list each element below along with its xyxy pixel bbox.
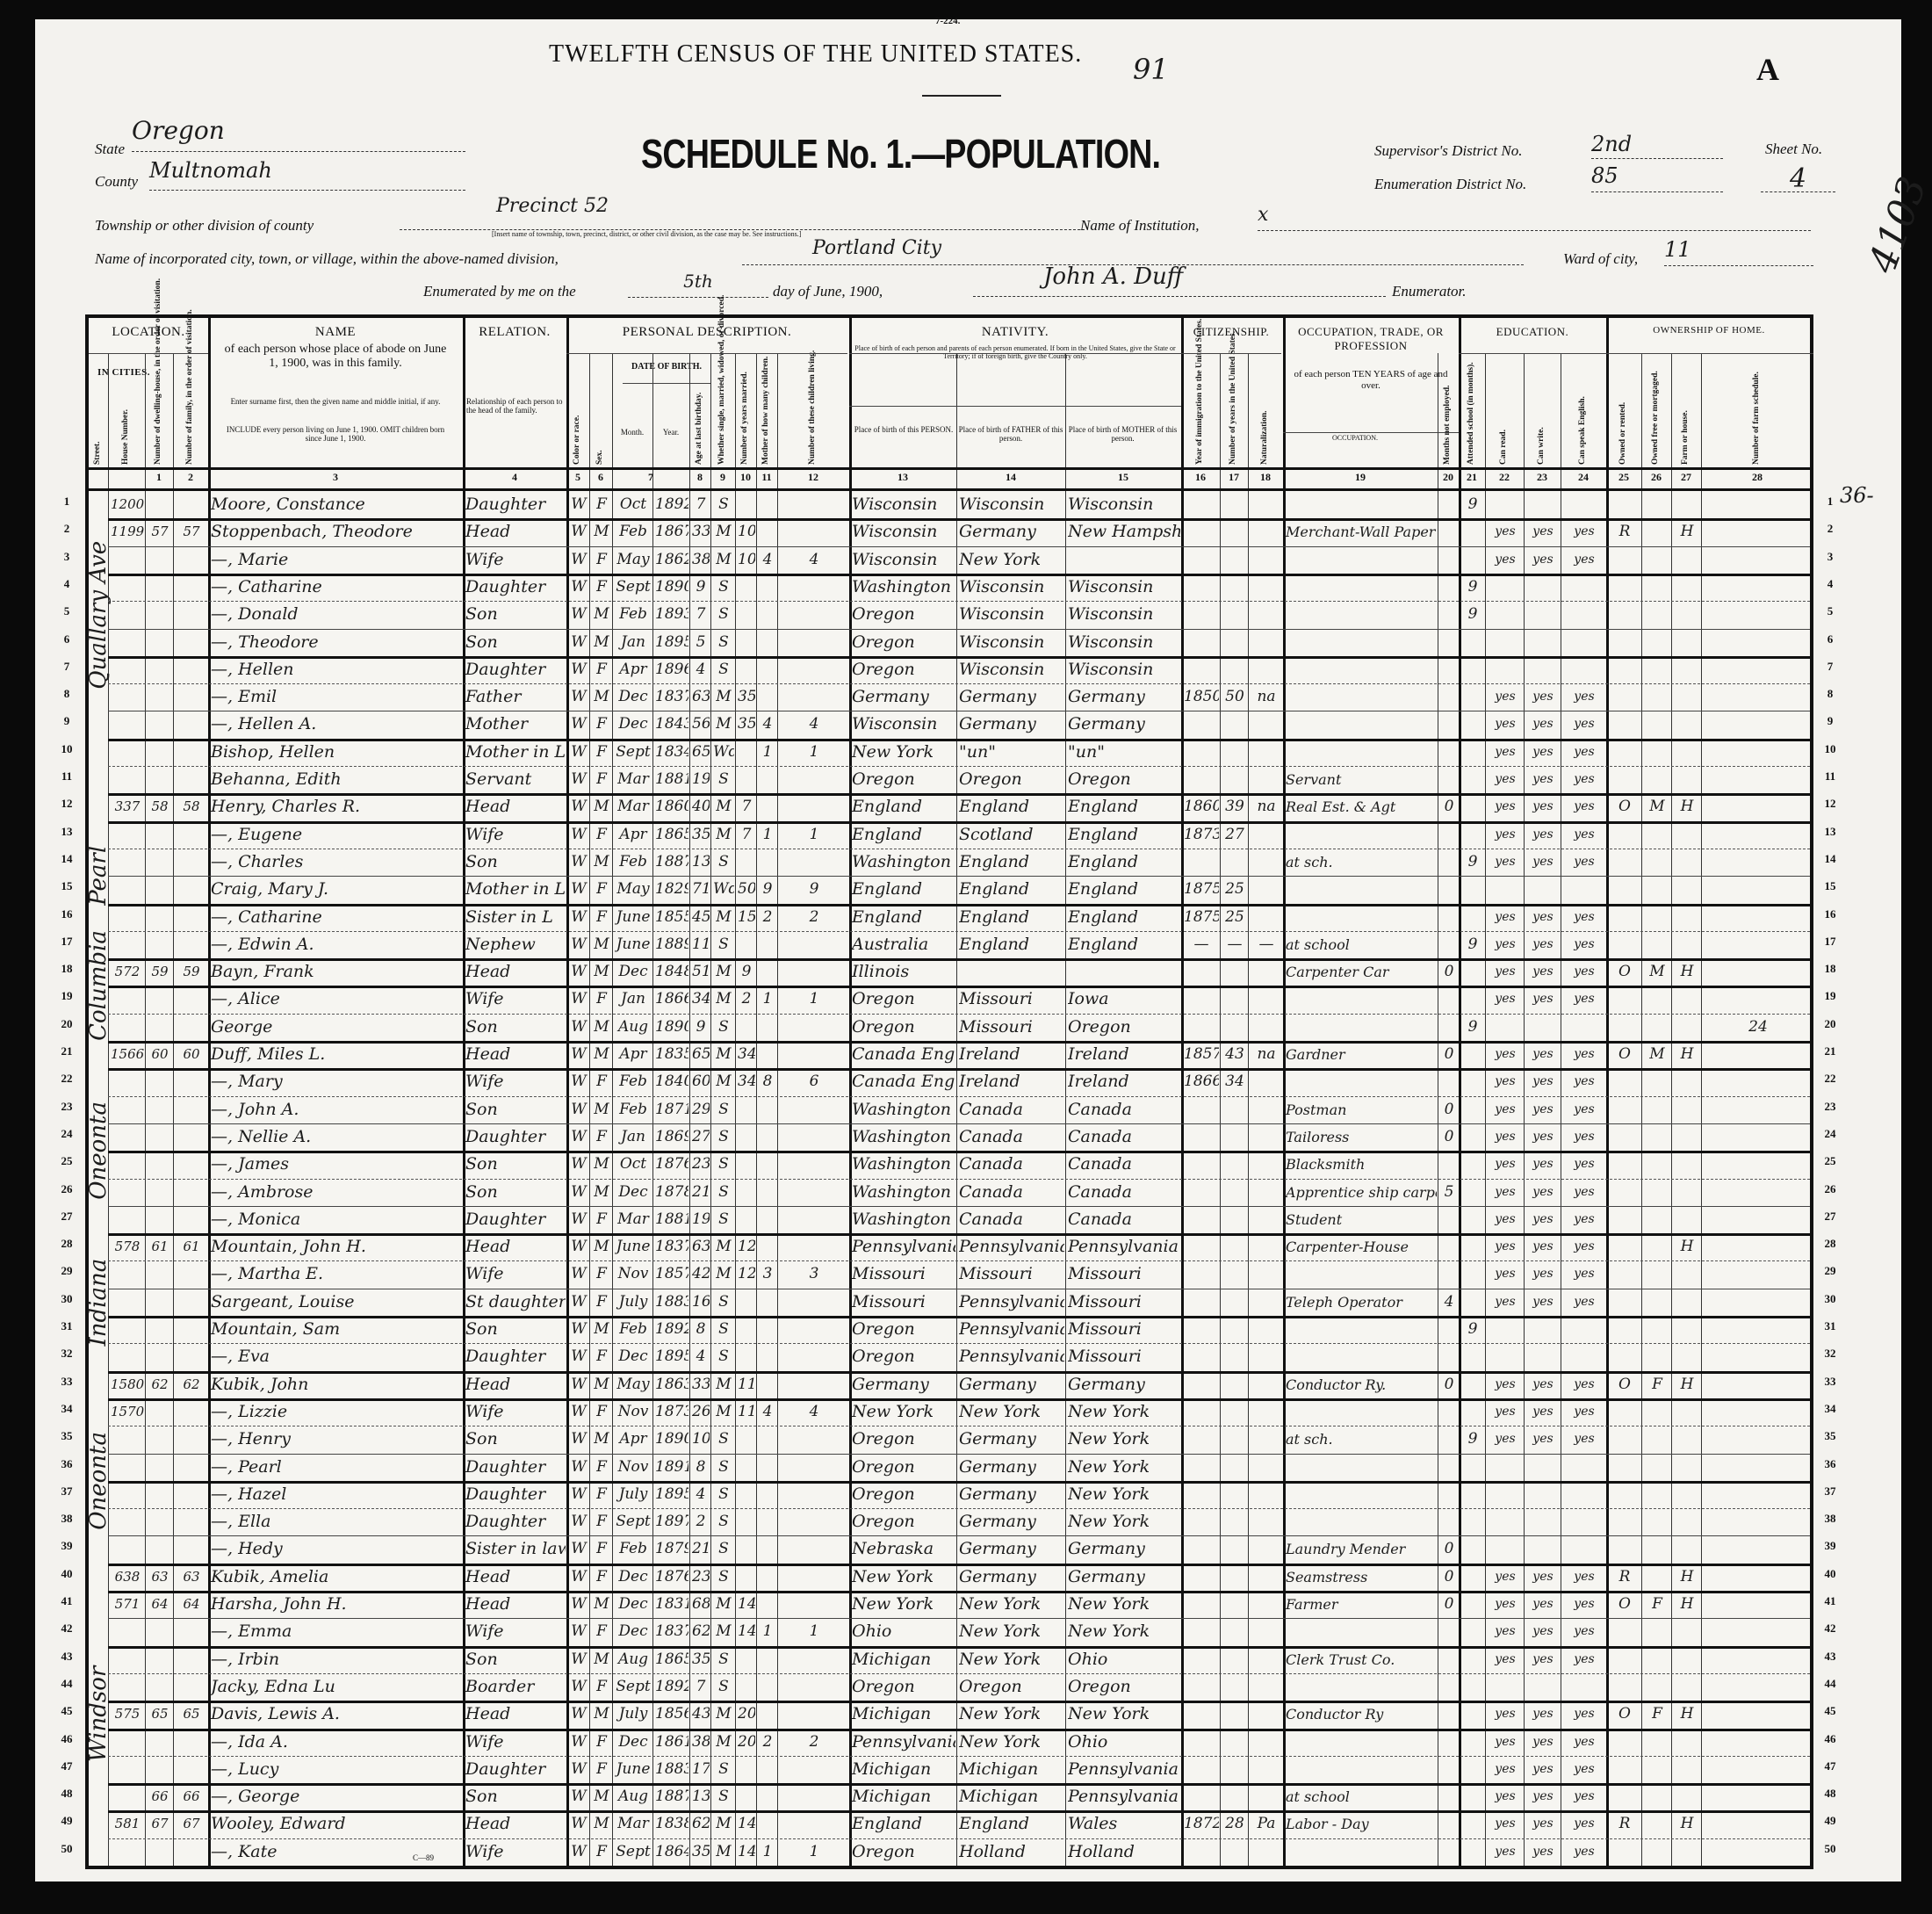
cell-house <box>111 1618 144 1645</box>
cell-pobm: Germany <box>1068 683 1180 711</box>
township-field[interactable]: Precinct 52 <box>400 195 1085 230</box>
cell-farm <box>1674 849 1700 876</box>
cell-sex: M <box>592 1810 611 1838</box>
cell-occ <box>1286 1673 1437 1701</box>
state-field[interactable]: Oregon <box>132 116 465 152</box>
cell-yrs <box>1222 1618 1247 1645</box>
cell-farm <box>1674 1068 1700 1095</box>
cell-pob: Michigan <box>852 1783 955 1810</box>
cell-color: W <box>569 1673 588 1701</box>
cell-ym <box>738 1508 755 1535</box>
table-row[interactable]: 1570—, LizzieWifeWFNov187326M1144New Yor… <box>89 1398 1810 1426</box>
cell-imm <box>1184 546 1219 574</box>
cell-age: 38 <box>692 1729 710 1756</box>
table-row[interactable]: —, Martha E.WifeWFNov185742M1233Missouri… <box>89 1260 1810 1288</box>
cell-imm <box>1184 1618 1219 1645</box>
cell-ym: 35 <box>738 711 755 738</box>
cell-yrs <box>1222 656 1247 683</box>
cell-farm: H <box>1674 1041 1700 1068</box>
cell-name: —, Charles <box>211 849 462 876</box>
cell-mother: 4 <box>759 546 776 574</box>
cell-imm <box>1184 1179 1219 1206</box>
cell-pob: Washington <box>852 1151 955 1178</box>
cell-eng: yes <box>1563 1426 1605 1453</box>
cell-sex: M <box>592 849 611 876</box>
cell-pob: Germany <box>852 683 955 711</box>
cell-own <box>1609 711 1640 738</box>
cell-write: yes <box>1526 1783 1560 1810</box>
cell-occ: Carpenter Car <box>1286 958 1437 986</box>
table-row[interactable]: —, AliceWifeWFJan186634M211OregonMissour… <box>89 986 1810 1013</box>
cell-occ: Apprentice ship carpenter <box>1286 1179 1437 1206</box>
group-relation: RELATION. <box>463 325 566 340</box>
line-number: 27 <box>56 1203 77 1230</box>
cell-write: yes <box>1526 986 1560 1013</box>
line-number: 33 <box>56 1368 77 1395</box>
table-row[interactable]: 5725959Bayn, FrankHeadWMDec184851M9Illin… <box>89 958 1810 986</box>
cell-marital: M <box>713 1041 734 1068</box>
cell-house: 1200 <box>111 491 144 518</box>
cell-farm <box>1674 1426 1700 1453</box>
cell-nat <box>1251 986 1282 1013</box>
pob-person-header: Place of birth of this PERSON. <box>851 425 956 434</box>
cell-sex: M <box>592 1701 611 1728</box>
table-row[interactable]: —, CatharineDaughterWFSept18909SWashingt… <box>89 574 1810 601</box>
table-row[interactable]: 6386363Kubik, AmeliaHeadWFDec187623SNew … <box>89 1564 1810 1591</box>
cell-relation: Nephew <box>465 931 566 958</box>
cell-fs <box>1704 683 1813 711</box>
cell-att <box>1461 1535 1484 1563</box>
cell-occ <box>1286 904 1437 931</box>
cell-own <box>1609 1838 1640 1866</box>
cell-pobf: Michigan <box>959 1756 1064 1783</box>
cell-pobm: Pennsylvania <box>1068 1756 1180 1783</box>
table-row[interactable]: —, DonaldSonWMFeb18937SOregonWisconsinWi… <box>89 601 1810 628</box>
cell-nat <box>1251 1343 1282 1370</box>
cell-pob: Oregon <box>852 656 955 683</box>
cell-pobm: New York <box>1068 1481 1180 1508</box>
table-row[interactable]: 5756565Davis, Lewis A.HeadWMJuly185643M2… <box>89 1701 1810 1728</box>
cell-house <box>111 1426 144 1453</box>
table-row[interactable]: —, MaryWifeWFFeb184060M3486Canada EngIre… <box>89 1068 1810 1095</box>
cell-living <box>780 491 848 518</box>
cell-unemp <box>1440 876 1458 903</box>
cell-farm: H <box>1674 1591 1700 1618</box>
cell-eng: yes <box>1563 904 1605 931</box>
cell-read: yes <box>1488 1618 1523 1645</box>
cell-pobf: Wisconsin <box>959 656 1064 683</box>
table-row[interactable]: —, MarieWifeWFMay186238M1044WisconsinNew… <box>89 546 1810 574</box>
cell-marital: S <box>713 1316 734 1343</box>
cell-relation: Son <box>465 1179 566 1206</box>
cell-pobf: Germany <box>959 1481 1064 1508</box>
cell-living <box>780 1646 848 1673</box>
cell-sex: F <box>592 766 611 793</box>
cell-name: —, Donald <box>211 601 462 628</box>
cell-mother <box>759 601 776 628</box>
cell-pobm: Ireland <box>1068 1041 1180 1068</box>
table-row[interactable]: —, HenrySonWMApr189010SOregonGermanyNew … <box>89 1426 1810 1453</box>
cell-pobf: Scotland <box>959 821 1064 849</box>
cell-free <box>1644 1233 1670 1260</box>
cell-unemp <box>1440 1838 1458 1866</box>
cell-yrs <box>1222 1535 1247 1563</box>
cell-pob: England <box>852 1810 955 1838</box>
cell-year: 1873 <box>655 1398 688 1426</box>
cell-occ <box>1286 711 1437 738</box>
cell-occ: Gardner <box>1286 1041 1437 1068</box>
cell-age: 8 <box>692 1454 710 1481</box>
cell-living: 4 <box>780 711 848 738</box>
cell-fs <box>1704 491 1813 518</box>
cell-fs <box>1704 546 1813 574</box>
cell-own: R <box>1609 1810 1640 1838</box>
cell-color: W <box>569 1260 588 1288</box>
table-row[interactable]: —, CatharineSister in LWFJune185545M1522… <box>89 904 1810 931</box>
institution-field[interactable]: x <box>1258 204 1811 231</box>
cell-pob: Illinois <box>852 958 955 986</box>
cell-own <box>1609 1014 1640 1041</box>
column-header-yrs: Number of years in the United States. <box>1229 372 1237 465</box>
cell-fs <box>1704 1096 1813 1123</box>
cell-occ <box>1286 546 1437 574</box>
cell-sex: M <box>592 601 611 628</box>
table-row[interactable]: GeorgeSonWMAug18909SOregonMissouriOregon… <box>89 1014 1810 1041</box>
cell-fs <box>1704 1206 1813 1233</box>
cell-dwelling <box>148 656 172 683</box>
cell-att <box>1461 1673 1484 1701</box>
cell-yrs <box>1222 1316 1247 1343</box>
table-row[interactable]: 15806262Kubik, JohnHeadWMMay186333M11Ger… <box>89 1371 1810 1398</box>
cell-yrs <box>1222 1206 1247 1233</box>
cell-att <box>1461 1701 1484 1728</box>
cell-marital: S <box>713 1014 734 1041</box>
cell-pob: Oregon <box>852 1454 955 1481</box>
cell-month: Dec <box>615 1343 652 1370</box>
cell-fs <box>1704 1783 1813 1810</box>
cell-att: 9 <box>1461 1426 1484 1453</box>
line-number: 36 <box>1820 1450 1841 1477</box>
cell-att <box>1461 518 1484 545</box>
table-row[interactable]: —, JamesSonWMOct187623SWashingtonCanadaC… <box>89 1151 1810 1178</box>
cell-relation: Son <box>465 1151 566 1178</box>
cell-ym: 35 <box>738 683 755 711</box>
table-row[interactable]: 5716464Harsha, John H.HeadWMDec183168M14… <box>89 1591 1810 1618</box>
cell-month: Jan <box>615 986 652 1013</box>
cell-write: yes <box>1526 1618 1560 1645</box>
table-row[interactable]: —, IrbinSonWMAug186535SMichiganNew YorkO… <box>89 1646 1810 1673</box>
enumerator-field[interactable]: John A. Duff <box>973 264 1386 297</box>
cell-house <box>111 1508 144 1535</box>
cell-occ <box>1286 876 1437 903</box>
cell-dwelling <box>148 1014 172 1041</box>
cell-house <box>111 1343 144 1370</box>
cell-family <box>176 1014 207 1041</box>
cell-sex: F <box>592 491 611 518</box>
cell-marital: M <box>713 518 734 545</box>
cell-family <box>176 1179 207 1206</box>
table-row[interactable]: —, KateWifeWFSept186435M1411OregonHollan… <box>89 1838 1810 1866</box>
table-row[interactable]: —, EllaDaughterWFSept18972SOregonGermany… <box>89 1508 1810 1535</box>
table-row[interactable]: —, MonicaDaughterWFMar188119SWashingtonC… <box>89 1206 1810 1233</box>
cell-unemp <box>1440 986 1458 1013</box>
cell-age: 45 <box>692 904 710 931</box>
cell-month: June <box>615 1756 652 1783</box>
cell-att <box>1461 683 1484 711</box>
table-row[interactable]: Behanna, EdithServantWFMar188119SOregonO… <box>89 766 1810 793</box>
table-row[interactable]: —, Nellie A.DaughterWFJan186927SWashingt… <box>89 1123 1810 1151</box>
table-row[interactable]: 15666060Duff, Miles L.HeadWMApr183565M34… <box>89 1041 1810 1068</box>
cell-pobf: Germany <box>959 711 1064 738</box>
column-header-month: Month. <box>612 428 652 437</box>
cell-pob: Wisconsin <box>852 546 955 574</box>
cell-color: W <box>569 1838 588 1866</box>
enumeration-day-field[interactable]: 5th <box>628 271 768 298</box>
cell-living <box>780 1096 848 1123</box>
table-row[interactable]: —, EvaDaughterWFDec18954SOregonPennsylva… <box>89 1343 1810 1370</box>
table-row[interactable]: —, EmilFatherWMDec183763M35GermanyGerman… <box>89 683 1810 711</box>
cell-dwelling <box>148 1508 172 1535</box>
cell-own <box>1609 683 1640 711</box>
line-number: 49 <box>56 1807 77 1834</box>
cell-read: yes <box>1488 1206 1523 1233</box>
table-row[interactable]: 3375858Henry, Charles R.HeadWMMar186040M… <box>89 793 1810 820</box>
cell-mother: 1 <box>759 1618 776 1645</box>
cell-relation: Wife <box>465 1729 566 1756</box>
line-number: 35 <box>1820 1422 1841 1449</box>
table-row[interactable]: —, HazelDaughterWFJuly18954SOregonGerman… <box>89 1481 1810 1508</box>
cell-name: George <box>211 1014 462 1041</box>
cell-yrs <box>1222 958 1247 986</box>
table-row[interactable]: —, AmbroseSonWMDec187821SWashingtonCanad… <box>89 1179 1810 1206</box>
cell-marital: S <box>713 1179 734 1206</box>
cell-pob: Michigan <box>852 1701 955 1728</box>
table-row[interactable]: —, Edwin A.NephewWMJune188911SAustraliaE… <box>89 931 1810 958</box>
line-number: 7 <box>56 653 77 680</box>
cell-eng: yes <box>1563 1179 1605 1206</box>
table-row[interactable]: 1200Moore, ConstanceDaughterWFOct18927SW… <box>89 491 1810 518</box>
cell-ym <box>738 491 755 518</box>
line-number: 18 <box>56 955 77 982</box>
cell-att <box>1461 1151 1484 1178</box>
line-number: 12 <box>1820 790 1841 817</box>
cell-yrs <box>1222 1260 1247 1288</box>
table-row[interactable]: —, Ida A.WifeWFDec186138M2022Pennsylvani… <box>89 1729 1810 1756</box>
cell-pobf: Germany <box>959 518 1064 545</box>
cell-own <box>1609 1398 1640 1426</box>
cell-name: Craig, Mary J. <box>211 876 462 903</box>
cell-relation: St daughter <box>465 1289 566 1316</box>
cell-free <box>1644 1535 1670 1563</box>
cell-free <box>1644 1646 1670 1673</box>
cell-month: Mar <box>615 793 652 820</box>
line-number: 24 <box>56 1120 77 1147</box>
table-row[interactable]: Mountain, SamSonWMFeb18928SOregonPennsyl… <box>89 1316 1810 1343</box>
cell-occ <box>1286 1481 1437 1508</box>
cell-ym <box>738 601 755 628</box>
cell-nat <box>1251 1701 1282 1728</box>
cell-ym: 7 <box>738 793 755 820</box>
line-number: 39 <box>1820 1532 1841 1559</box>
cell-dwelling <box>148 601 172 628</box>
column-header-eng: Can speak English. <box>1578 372 1587 465</box>
cell-color: W <box>569 1756 588 1783</box>
cell-own <box>1609 849 1640 876</box>
city-field[interactable]: Portland City <box>742 237 1524 265</box>
cell-own <box>1609 1454 1640 1481</box>
cell-living <box>780 849 848 876</box>
cell-nat <box>1251 1151 1282 1178</box>
cell-pob: New York <box>852 1591 955 1618</box>
cell-own <box>1609 601 1640 628</box>
cell-write: yes <box>1526 904 1560 931</box>
cell-age: 60 <box>692 1068 710 1095</box>
cell-att: 9 <box>1461 931 1484 958</box>
sheet-field[interactable]: 4 <box>1761 163 1835 192</box>
cell-write: yes <box>1526 683 1560 711</box>
table-row[interactable]: 5786161Mountain, John H.HeadWMJune183763… <box>89 1233 1810 1260</box>
cell-pobf: New York <box>959 1729 1064 1756</box>
cell-month: Sept <box>615 574 652 601</box>
column-number: 17 <box>1220 471 1248 484</box>
cell-month: Dec <box>615 711 652 738</box>
supervisor-field[interactable]: 2nd <box>1591 132 1723 159</box>
cell-month: Apr <box>615 1041 652 1068</box>
table-row[interactable]: Sargeant, LouiseSt daughterWFJuly188316S… <box>89 1289 1810 1316</box>
cell-name: Mountain, Sam <box>211 1316 462 1343</box>
cell-occ <box>1286 1398 1437 1426</box>
cell-fs <box>1704 1564 1813 1591</box>
cell-fs <box>1704 1233 1813 1260</box>
table-row[interactable]: Craig, Mary J.Mother in LWFMay182971Wd50… <box>89 876 1810 903</box>
cell-eng: yes <box>1563 1260 1605 1288</box>
table-row[interactable]: Bishop, HellenMother in LWFSept183465Wd1… <box>89 739 1810 766</box>
table-row[interactable]: —, Hellen A.MotherWFDec184356M3544Wiscon… <box>89 711 1810 738</box>
table-row[interactable]: —, John A.SonWMFeb187129SWashingtonCanad… <box>89 1096 1810 1123</box>
cell-fs <box>1704 629 1813 656</box>
cell-relation: Head <box>465 1701 566 1728</box>
cell-sex: F <box>592 821 611 849</box>
cell-fs <box>1704 1508 1813 1535</box>
cell-month: May <box>615 546 652 574</box>
cell-read: yes <box>1488 1810 1523 1838</box>
cell-read <box>1488 629 1523 656</box>
table-row[interactable]: 5816767Wooley, EdwardHeadWMMar183862M14E… <box>89 1810 1810 1838</box>
line-number: 32 <box>56 1340 77 1367</box>
line-number: 48 <box>1820 1780 1841 1807</box>
cell-att <box>1461 1618 1484 1645</box>
cell-yrs: 25 <box>1222 904 1247 931</box>
cell-dwelling: 62 <box>148 1371 172 1398</box>
cell-color: W <box>569 683 588 711</box>
table-row[interactable]: 11995757Stoppenbach, TheodoreHeadWMFeb18… <box>89 518 1810 545</box>
cell-pobf: New York <box>959 1646 1064 1673</box>
cell-family: 61 <box>176 1233 207 1260</box>
table-row[interactable]: 6666—, GeorgeSonWMAug188713SMichiganMich… <box>89 1783 1810 1810</box>
cell-month: Mar <box>615 766 652 793</box>
cell-name: Stoppenbach, Theodore <box>211 518 462 545</box>
cell-fs <box>1704 1398 1813 1426</box>
cell-write: yes <box>1526 1206 1560 1233</box>
cell-name: —, Ella <box>211 1508 462 1535</box>
cell-occ <box>1286 1508 1437 1535</box>
cell-name: —, Lizzie <box>211 1398 462 1426</box>
column-number: 18 <box>1248 471 1283 484</box>
cell-living <box>780 1014 848 1041</box>
table-row[interactable]: —, PearlDaughterWFNov18918SOregonGermany… <box>89 1454 1810 1481</box>
cell-age: 35 <box>692 821 710 849</box>
county-field[interactable]: Multnomah <box>149 158 465 191</box>
city-label: Name of incorporated city, town, or vill… <box>95 250 559 268</box>
cell-write: yes <box>1526 821 1560 849</box>
cell-dwelling: 63 <box>148 1564 172 1591</box>
cell-nat <box>1251 1564 1282 1591</box>
cell-read: yes <box>1488 1151 1523 1178</box>
table-row[interactable]: —, TheodoreSonWMJan18955SOregonWisconsin… <box>89 629 1810 656</box>
ward-field[interactable]: 11 <box>1664 237 1813 266</box>
census-title: TWELFTH CENSUS OF THE UNITED STATES. <box>549 40 1082 69</box>
cell-yrs <box>1222 1289 1247 1316</box>
table-row[interactable]: —, LucyDaughterWFJune188317SMichiganMich… <box>89 1756 1810 1783</box>
cell-nat <box>1251 491 1282 518</box>
cell-unemp <box>1440 629 1458 656</box>
cell-year: 1879 <box>655 1535 688 1563</box>
cell-eng: yes <box>1563 1041 1605 1068</box>
cell-year: 1881 <box>655 1206 688 1233</box>
form-number: 7-224. <box>935 16 960 26</box>
pob-mother-header: Place of birth of MOTHER of this person. <box>1068 425 1178 444</box>
table-row[interactable]: —, EmmaWifeWFDec183762M1411OhioNew YorkN… <box>89 1618 1810 1645</box>
line-number: 31 <box>1820 1312 1841 1340</box>
table-row[interactable]: —, EugeneWifeWFApr186535M711EnglandScotl… <box>89 821 1810 849</box>
cell-marital: S <box>713 1096 734 1123</box>
cell-read: yes <box>1488 1838 1523 1866</box>
cell-mother <box>759 656 776 683</box>
cell-living <box>780 1508 848 1535</box>
cell-color: W <box>569 1701 588 1728</box>
cell-unemp <box>1440 1260 1458 1288</box>
cell-living: 9 <box>780 876 848 903</box>
cell-fs <box>1704 1260 1813 1288</box>
cell-read <box>1488 601 1523 628</box>
cell-marital: S <box>713 1564 734 1591</box>
table-row[interactable]: —, CharlesSonWMFeb188713SWashingtonEngla… <box>89 849 1810 876</box>
cell-fs <box>1704 1591 1813 1618</box>
cell-marital: S <box>713 1756 734 1783</box>
cell-mother: 9 <box>759 876 776 903</box>
cell-farm <box>1674 601 1700 628</box>
column-number: 15 <box>1065 471 1181 484</box>
table-row[interactable]: —, HedySister in lawWFFeb187921SNebraska… <box>89 1535 1810 1563</box>
cell-mother <box>759 1343 776 1370</box>
cell-family <box>176 656 207 683</box>
cell-att: 9 <box>1461 574 1484 601</box>
cell-att <box>1461 1260 1484 1288</box>
line-number: 43 <box>56 1643 77 1670</box>
table-row[interactable]: Jacky, Edna LuBoarderWFSept18927SOregonO… <box>89 1673 1810 1701</box>
cell-unemp <box>1440 739 1458 766</box>
cell-write <box>1526 1508 1560 1535</box>
enumeration-field[interactable]: 85 <box>1591 163 1723 192</box>
cell-unemp <box>1440 1673 1458 1701</box>
cell-age: 33 <box>692 518 710 545</box>
cell-family <box>176 821 207 849</box>
table-row[interactable]: —, HellenDaughterWFApr18964SOregonWiscon… <box>89 656 1810 683</box>
cell-color: W <box>569 1729 588 1756</box>
cell-own <box>1609 1179 1640 1206</box>
cell-ym <box>738 574 755 601</box>
cell-mother <box>759 1454 776 1481</box>
